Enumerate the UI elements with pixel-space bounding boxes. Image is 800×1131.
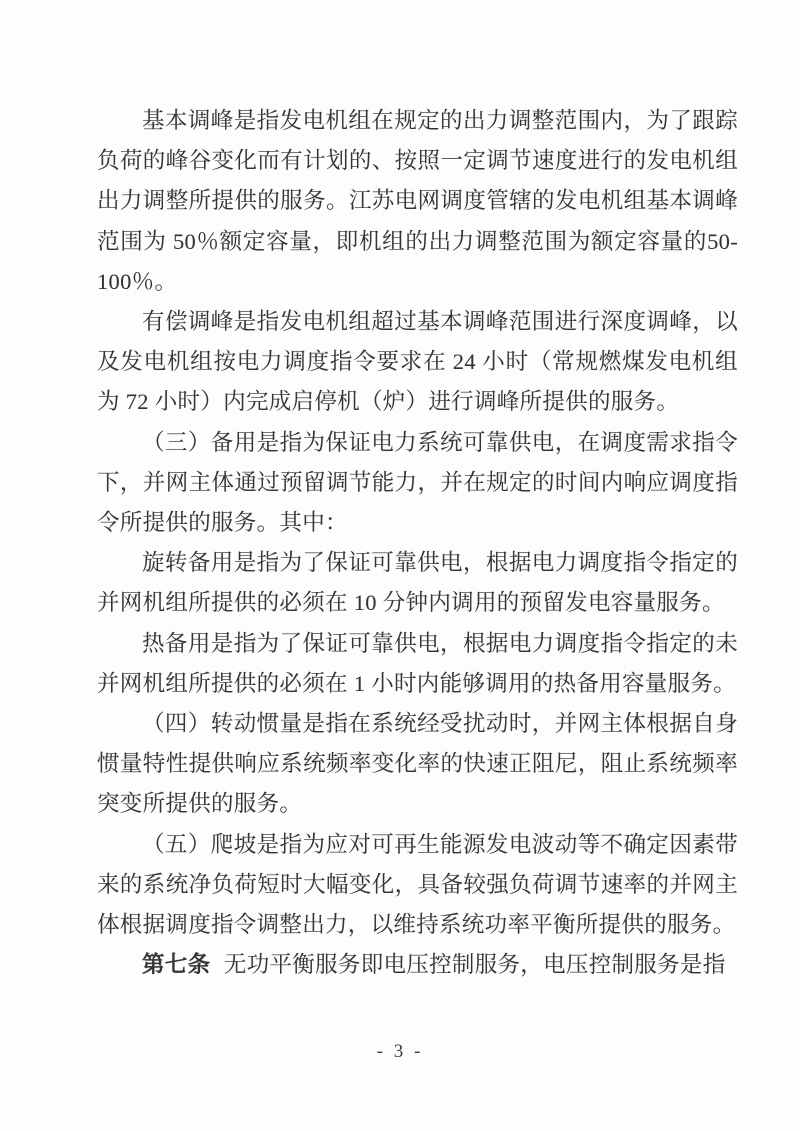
paragraph-item-5-ramping: （五）爬坡是指为应对可再生能源发电波动等不确定因素带来的系统净负荷短时大幅变化，… (97, 825, 738, 946)
paragraph-article-7: 第七条无功平衡服务即电压控制服务，电压控制服务是指 (97, 945, 738, 985)
article-7-text: 无功平衡服务即电压控制服务，电压控制服务是指 (224, 952, 726, 977)
document-page: 基本调峰是指发电机组在规定的出力调整范围内，为了跟踪负荷的峰谷变化而有计划的、按… (0, 0, 800, 1131)
paragraph-basic-peak-regulation: 基本调峰是指发电机组在规定的出力调整范围内，为了跟踪负荷的峰谷变化而有计划的、按… (97, 101, 738, 302)
paragraph-hot-reserve: 热备用是指为了保证可靠供电，根据电力调度指令指定的未并网机组所提供的必须在 1 … (97, 624, 738, 704)
page-number: - 3 - (0, 1041, 800, 1063)
paragraph-item-3-reserve: （三）备用是指为保证电力系统可靠供电，在调度需求指令下，并网主体通过预留调节能力… (97, 423, 738, 544)
document-body: 基本调峰是指发电机组在规定的出力调整范围内，为了跟踪负荷的峰谷变化而有计划的、按… (97, 101, 738, 985)
paragraph-item-4-inertia: （四）转动惯量是指在系统经受扰动时，并网主体根据自身惯量特性提供响应系统频率变化… (97, 704, 738, 825)
paragraph-spinning-reserve: 旋转备用是指为了保证可靠供电，根据电力调度指令指定的并网机组所提供的必须在 10… (97, 543, 738, 623)
article-7-number: 第七条 (142, 952, 210, 977)
paragraph-paid-peak-regulation: 有偿调峰是指发电机组超过基本调峰范围进行深度调峰，以及发电机组按电力调度指令要求… (97, 302, 738, 423)
